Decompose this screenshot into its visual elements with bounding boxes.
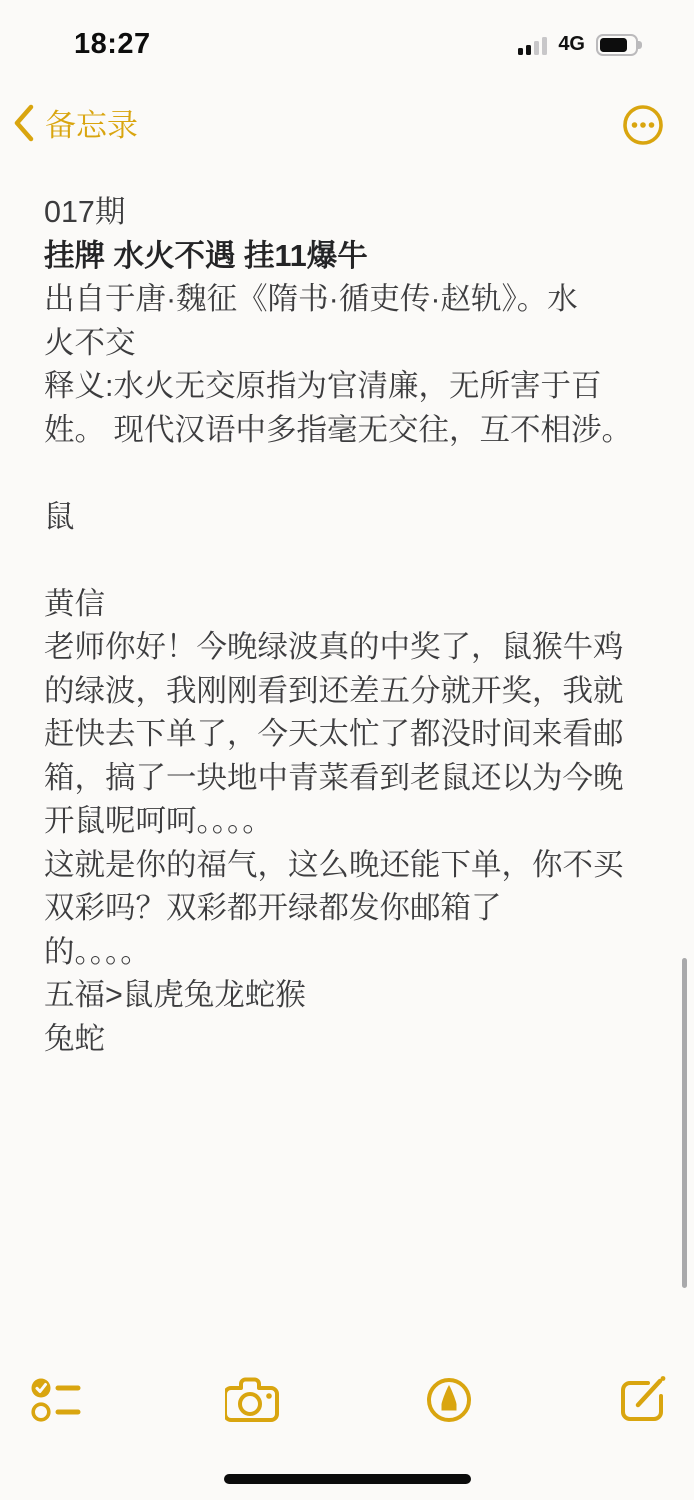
checklist-icon bbox=[30, 1377, 82, 1423]
note-line: 的绿波，我刚刚看到还差五分就开奖，我就 bbox=[44, 670, 666, 714]
home-indicator[interactable] bbox=[224, 1474, 471, 1484]
note-line: 黄信 bbox=[44, 583, 666, 627]
status-time: 18:27 bbox=[74, 28, 151, 61]
camera-icon bbox=[225, 1377, 281, 1423]
battery-nub bbox=[638, 41, 642, 49]
bottom-toolbar bbox=[0, 1368, 694, 1432]
camera-button[interactable] bbox=[225, 1377, 281, 1423]
note-line: 双彩吗？双彩都开绿都发你邮箱了 bbox=[44, 887, 666, 931]
note-line: 这就是你的福气，这么晚还能下单，你不买 bbox=[44, 844, 666, 888]
status-icons: 4G bbox=[518, 33, 645, 56]
note-line: 箱，搞了一块地中青菜看到老鼠还以为今晚 bbox=[44, 757, 666, 801]
signal-bar bbox=[542, 37, 547, 55]
note-line bbox=[44, 452, 666, 496]
compose-icon bbox=[616, 1374, 668, 1426]
note-line: 火不交 bbox=[44, 322, 666, 366]
back-button-label: 备忘录 bbox=[45, 100, 138, 145]
markup-button[interactable] bbox=[425, 1376, 473, 1424]
checklist-button[interactable] bbox=[30, 1377, 82, 1423]
note-line: 鼠 bbox=[44, 496, 666, 540]
note-line: 姓。 现代汉语中多指毫无交往，互不相涉。 bbox=[44, 409, 666, 453]
more-options-button[interactable] bbox=[622, 104, 664, 146]
notes-app-screen: 18:27 4G 备忘录 017期挂牌 水火不遇 挂11爆牛出自于唐·魏征《隋书… bbox=[0, 0, 694, 1500]
battery-icon bbox=[596, 34, 645, 56]
note-line: 老师你好！今晚绿波真的中奖了，鼠猴牛鸡 bbox=[44, 626, 666, 670]
signal-bar bbox=[534, 41, 539, 55]
note-line: 兔蛇 bbox=[44, 1018, 666, 1062]
scrollbar-thumb[interactable] bbox=[682, 958, 687, 1288]
back-button[interactable]: 备忘录 bbox=[12, 100, 138, 145]
note-body[interactable]: 017期挂牌 水火不遇 挂11爆牛出自于唐·魏征《隋书·循吏传·赵轨》。水火不交… bbox=[44, 191, 666, 1061]
compose-button[interactable] bbox=[616, 1374, 668, 1426]
signal-bar bbox=[518, 48, 523, 55]
network-type-label: 4G bbox=[558, 33, 585, 56]
chevron-left-icon bbox=[12, 103, 36, 143]
signal-bar bbox=[526, 45, 531, 55]
note-line: 五福>鼠虎兔龙蛇猴 bbox=[44, 974, 666, 1018]
ellipsis-circle-icon bbox=[622, 104, 664, 146]
note-line: 挂牌 水火不遇 挂11爆牛 bbox=[44, 235, 666, 279]
cellular-signal-icon bbox=[518, 35, 547, 55]
note-line bbox=[44, 539, 666, 583]
battery-fill bbox=[600, 38, 627, 52]
note-line: 赶快去下单了，今天太忙了都没时间来看邮 bbox=[44, 713, 666, 757]
note-line: 017期 bbox=[44, 191, 666, 235]
note-line: 释义:水火无交原指为官清廉，无所害于百 bbox=[44, 365, 666, 409]
note-line: 开鼠呢呵呵。。。。 bbox=[44, 800, 666, 844]
note-line: 出自于唐·魏征《隋书·循吏传·赵轨》。水 bbox=[44, 278, 666, 322]
markup-pen-icon bbox=[425, 1376, 473, 1424]
note-line: 的。。。。 bbox=[44, 931, 666, 975]
